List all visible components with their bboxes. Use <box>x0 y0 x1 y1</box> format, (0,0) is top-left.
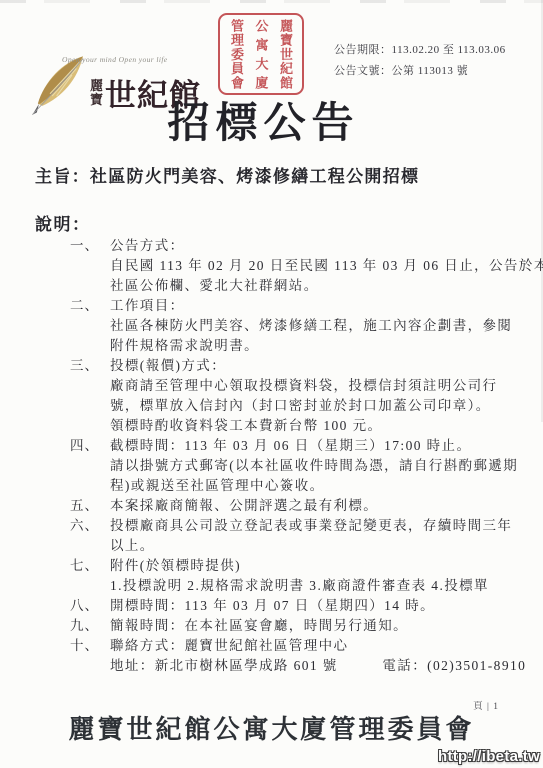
subject-line: 主旨：社區防火門美容、烤漆修繕工程公開招標 <box>35 162 419 187</box>
item-line: 號，標單放入信封內（封口密封並於封口加蓋公司印章）。 <box>110 396 518 416</box>
item-line: 領標時酌收資料袋工本費新台幣 100 元。 <box>110 416 518 436</box>
item-line: 本案採廠商簡報、公開評選之最有利標。 <box>110 496 518 516</box>
item-line: 簡報時間：在本社區宴會廳，時間另行通知。 <box>110 616 518 636</box>
item-number: 六、 <box>70 516 110 536</box>
subject-label: 主旨： <box>35 167 90 186</box>
announcement-doc-number: 公告文號：公第 113013 號 <box>334 61 506 82</box>
seal-column-right: 麗寶世紀館 <box>276 19 295 89</box>
item-line: 自民國 113 年 02 月 20 日至民國 113 年 03 月 06 日止，… <box>110 256 543 276</box>
item-number: 七、 <box>70 556 110 576</box>
item-lines: 簡報時間：在本社區宴會廳，時間另行通知。 <box>110 616 518 636</box>
item-number: 二、 <box>70 296 110 316</box>
list-item: 九、 簡報時間：在本社區宴會廳，時間另行通知。 <box>70 616 518 636</box>
item-line: 工作項目： <box>110 296 518 316</box>
item-line: 截標時間：113 年 03 月 06 日（星期三）17:00 時止。 <box>110 436 518 456</box>
page-title: 招標公告 <box>0 90 535 150</box>
item-lines: 工作項目：社區各棟防火門美容、烤漆修繕工程，施工內容企劃書，參閱附件規格需求說明… <box>110 296 518 356</box>
item-lines: 聯絡方式：麗寶世紀館社區管理中心地址：新北市樹林區學成路 601 號 電話：(0… <box>110 636 526 676</box>
item-number: 一、 <box>70 236 110 256</box>
item-line: 投標(報價)方式： <box>110 356 518 376</box>
tender-announcement-document: Open your mind Open your life 麗 寶 世紀館 麗寶… <box>0 0 543 768</box>
item-lines: 投標(報價)方式：廠商請至管理中心領取投標資料袋，投標信封須註明公司行號，標單放… <box>110 356 518 436</box>
item-line: 請以掛號方式郵寄(以本社區收件時間為憑，請自行斟酌郵遞期 <box>110 456 518 476</box>
list-item: 二、 工作項目：社區各棟防火門美容、烤漆修繕工程，施工內容企劃書，參閱附件規格需… <box>70 296 518 356</box>
item-lines: 附件(於領標時提供)1.投標說明 2.規格需求說明書 3.廠商證件審查表 4.投… <box>110 556 518 596</box>
item-line: 地址：新北市樹林區學成路 601 號 電話：(02)3501-8910 <box>110 656 526 676</box>
seal-column-left: 管理委員會 <box>227 19 246 89</box>
item-line: 開標時間：113 年 03 月 07 日（星期四）14 時。 <box>110 596 518 616</box>
list-item: 一、 公告方式：自民國 113 年 02 月 20 日至民國 113 年 03 … <box>70 236 518 296</box>
announcement-period: 公告期限：113.02.20 至 113.03.06 <box>334 40 506 61</box>
list-item: 四、 截標時間：113 年 03 月 06 日（星期三）17:00 時止。請以掛… <box>70 436 518 496</box>
item-line: 社區各棟防火門美容、烤漆修繕工程，施工內容企劃書，參閱 <box>110 316 518 336</box>
item-number: 三、 <box>70 356 110 376</box>
list-item: 六、 投標廠商具公司設立登記表或事業登記變更表，存續時間三年以上。 <box>70 516 518 556</box>
item-lines: 開標時間：113 年 03 月 07 日（星期四）14 時。 <box>110 596 518 616</box>
item-lines: 本案採廠商簡報、公開評選之最有利標。 <box>110 496 518 516</box>
footer-organization: 麗寶世紀館公寓大廈管理委員會 <box>0 709 543 746</box>
item-line: 廠商請至管理中心領取投標資料袋，投標信封須註明公司行 <box>110 376 518 396</box>
item-line: 社區公佈欄、愛北大社群網站。 <box>110 276 543 296</box>
subject-text: 社區防火門美容、烤漆修繕工程公開招標 <box>90 167 419 186</box>
item-line: 附件(於領標時提供) <box>110 556 518 576</box>
management-committee-seal: 麗寶世紀館 公寓大廈 管理委員會 <box>218 13 304 95</box>
item-lines: 投標廠商具公司設立登記表或事業登記變更表，存續時間三年以上。 <box>110 516 518 556</box>
item-line: 1.投標說明 2.規格需求說明書 3.廠商證件審查表 4.投標單 <box>110 576 518 596</box>
seal-column-middle: 公寓大廈 <box>252 19 271 89</box>
item-number: 九、 <box>70 616 110 636</box>
list-item: 八、 開標時間：113 年 03 月 07 日（星期四）14 時。 <box>70 596 518 616</box>
list-item: 三、 投標(報價)方式：廠商請至管理中心領取投標資料袋，投標信封須註明公司行號，… <box>70 356 518 436</box>
item-number: 十、 <box>70 636 110 656</box>
list-item: 十、 聯絡方式：麗寶世紀館社區管理中心地址：新北市樹林區學成路 601 號 電話… <box>70 636 518 676</box>
watermark-url: http://ibeta.tw <box>438 748 540 765</box>
scan-artifact-strip <box>0 0 543 3</box>
item-number: 四、 <box>70 436 110 456</box>
item-lines: 截標時間：113 年 03 月 06 日（星期三）17:00 時止。請以掛號方式… <box>110 436 518 496</box>
item-line: 聯絡方式：麗寶世紀館社區管理中心 <box>110 636 526 656</box>
item-line: 公告方式： <box>110 236 543 256</box>
item-number: 八、 <box>70 596 110 616</box>
logo-tagline: Open your mind Open your life <box>62 55 168 64</box>
description-list: 一、 公告方式：自民國 113 年 02 月 20 日至民國 113 年 03 … <box>70 236 518 676</box>
description-label: 說明： <box>35 210 91 235</box>
item-line: 投標廠商具公司設立登記表或事業登記變更表，存續時間三年 <box>110 516 518 536</box>
item-line: 附件規格需求說明書。 <box>110 336 518 356</box>
list-item: 七、 附件(於領標時提供)1.投標說明 2.規格需求說明書 3.廠商證件審查表 … <box>70 556 518 596</box>
item-number: 五、 <box>70 496 110 516</box>
item-line: 程)或親送至社區管理中心簽收。 <box>110 476 518 496</box>
item-lines: 公告方式：自民國 113 年 02 月 20 日至民國 113 年 03 月 0… <box>110 236 543 296</box>
announcement-meta: 公告期限：113.02.20 至 113.03.06 公告文號：公第 11301… <box>334 40 506 82</box>
list-item: 五、 本案採廠商簡報、公開評選之最有利標。 <box>70 496 518 516</box>
item-line: 以上。 <box>110 536 518 556</box>
